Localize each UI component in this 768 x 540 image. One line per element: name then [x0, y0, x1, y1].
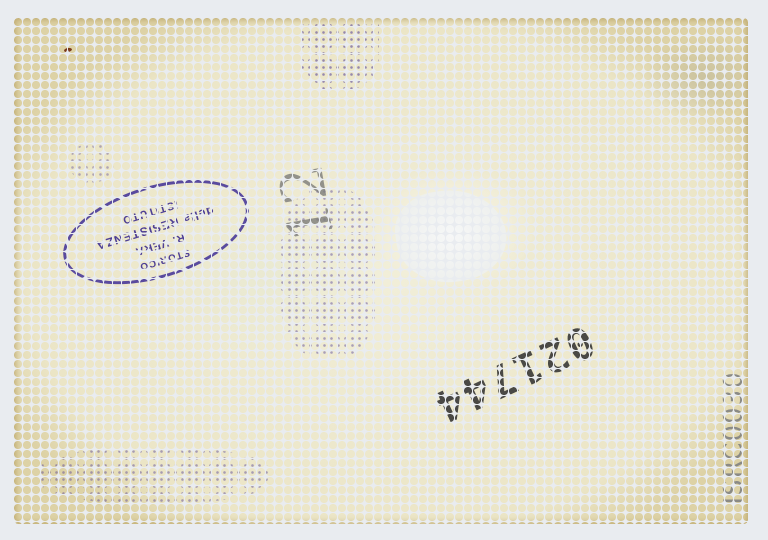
- torn-paper-patch: [390, 183, 512, 289]
- pencil-number: 12: [266, 159, 348, 246]
- pencil-catalog-code: ISRC0030: [719, 348, 749, 528]
- stamped-inventory-number: 021744: [413, 308, 616, 439]
- photo-back-paper: ISTITUTO della RESISTENZA R. VERA STORIC…: [14, 18, 748, 524]
- faded-stamp-top: [299, 22, 379, 92]
- ink-spot: [64, 47, 73, 52]
- faded-stamp-bottom-left: [39, 448, 269, 503]
- faded-stamp-left: [69, 143, 114, 183]
